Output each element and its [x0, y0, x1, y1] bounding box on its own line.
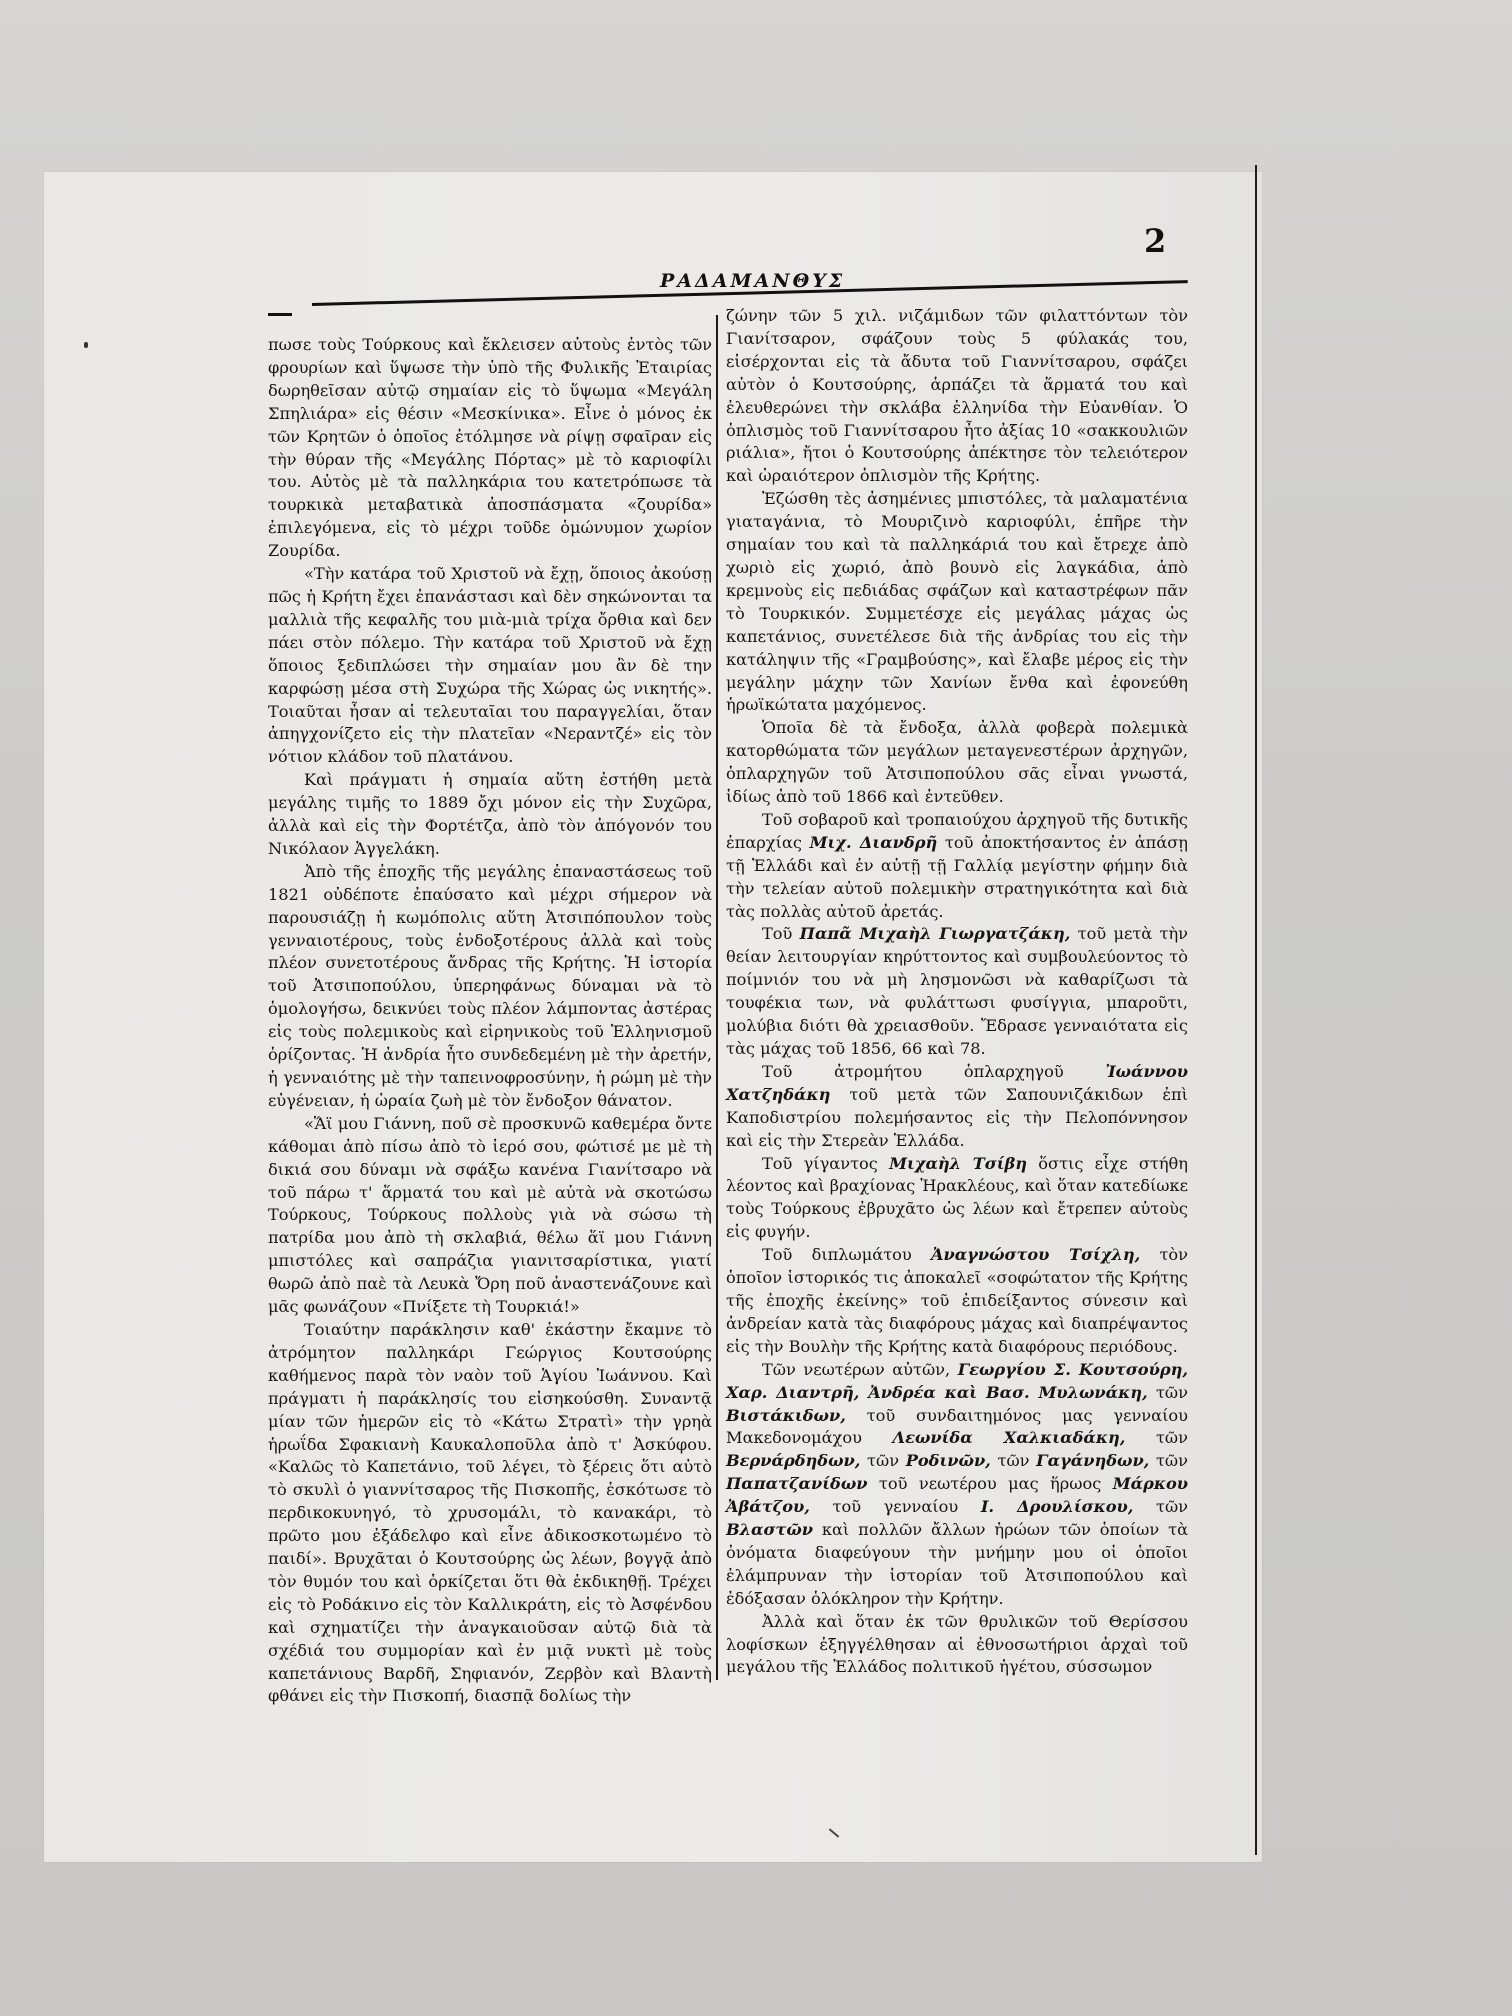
text-run: τοῦ νεωτέρου μας ἥρωος [868, 1474, 1113, 1493]
emphasized-name: Γαγάνηδων, [1036, 1451, 1149, 1470]
emphasized-name: Ἀναγνώστου Τσίχλη, [931, 1245, 1140, 1264]
text-run: τῶν [1148, 1383, 1188, 1402]
text-run: Τοῦ διπλωμάτου [762, 1245, 931, 1264]
paragraph: Ὁποῖα δὲ τὰ ἔνδοξα, ἀλλὰ φοβερὰ πολεμικὰ… [726, 717, 1188, 809]
left-column: πωσε τοὺς Τούρκους καὶ ἔκλεισεν αὐτοὺς ἐ… [268, 334, 712, 1708]
paragraph: Τοῦ διπλωμάτου Ἀναγνώστου Τσίχλη, τὸν ὁπ… [726, 1244, 1188, 1359]
paragraph: Τοιαύτην παράκλησιν καθ' ἑκάστην ἔκαμνε … [268, 1319, 712, 1708]
text-run: τοῦ γενναίου [810, 1497, 981, 1516]
ink-speck [84, 342, 88, 348]
emphasized-name: Μιχ. Διανδρῆ [810, 833, 938, 852]
text-run: Τοῦ γίγαντος [762, 1154, 889, 1173]
emphasized-name: Βερνάρδηδων, [726, 1451, 860, 1470]
emphasized-name: Ι. Δρουλίσκου, [981, 1497, 1134, 1516]
emphasized-name: Παπατζανίδων [726, 1474, 868, 1493]
header-rule-dash [268, 313, 292, 316]
text-run: τῶν [1133, 1497, 1188, 1516]
text-run: τῶν [1149, 1451, 1188, 1470]
page-edge-line [1255, 165, 1257, 1855]
page-number: 2 [1144, 222, 1166, 260]
emphasized-name: Ροδινῶν, [906, 1451, 991, 1470]
paragraph: Ἀλλὰ καὶ ὅταν ἐκ τῶν θρυλικῶν τοῦ Θερίσσ… [726, 1611, 1188, 1680]
paragraph: Τοῦ Παπᾶ Μιχαὴλ Γιωργατζάκη, τοῦ μετὰ τὴ… [726, 923, 1188, 1060]
paragraph: «Τὴν κατάρα τοῦ Χριστοῦ νὰ ἔχῃ, ὅποιος ἀ… [268, 563, 712, 769]
paragraph: Τοῦ ἀτρομήτου ὁπλαρχηγοῦ Ἰωάννου Χατζηδά… [726, 1061, 1188, 1153]
emphasized-name: Βιστάκιδων, [726, 1406, 846, 1425]
paragraph: Καὶ πράγματι ἡ σημαία αὕτη ἐστήθη μετὰ μ… [268, 769, 712, 861]
text-run: Τῶν νεωτέρων αὐτῶν, [762, 1360, 958, 1379]
right-column: ζώνην τῶν 5 χιλ. νιζάμιδων τῶν φιλαττόντ… [726, 305, 1188, 1679]
text-run: τοῦ μετὰ τὴν θείαν λειτουργίαν κηρύττοντ… [726, 924, 1188, 1058]
text-run: Ἀλλὰ καὶ ὅταν ἐκ τῶν θρυλικῶν τοῦ Θερίσσ… [726, 1612, 1188, 1677]
text-run: Ἐζώσθη τὲς ἀσημένιες μπιστόλες, τὰ μαλαμ… [726, 489, 1188, 714]
text-run: τῶν [991, 1451, 1036, 1470]
paragraph: Τοῦ σοβαροῦ καὶ τροπαιούχου ἀρχηγοῦ τῆς … [726, 809, 1188, 924]
text-run: τῶν [1125, 1428, 1188, 1447]
emphasized-name: Λεωνίδα Χαλκιαδάκη, [893, 1428, 1126, 1447]
paragraph: «Ἅϊ μου Γιάννη, ποῦ σὲ προσκυνῶ καθεμέρα… [268, 1113, 712, 1319]
paragraph: Ἐζώσθη τὲς ἀσημένιες μπιστόλες, τὰ μαλαμ… [726, 488, 1188, 717]
paragraph: Τῶν νεωτέρων αὐτῶν, Γεωργίου Σ. Κουτσούρ… [726, 1359, 1188, 1611]
emphasized-name: Μιχαὴλ Τσίβη [889, 1154, 1027, 1173]
text-run: Ὁποῖα δὲ τὰ ἔνδοξα, ἀλλὰ φοβερὰ πολεμικὰ… [726, 718, 1188, 806]
paragraph: Τοῦ γίγαντος Μιχαὴλ Τσίβη ὅστις εἶχε στή… [726, 1153, 1188, 1245]
paragraph: ζώνην τῶν 5 χιλ. νιζάμιδων τῶν φιλαττόντ… [726, 305, 1188, 488]
text-run: Τοῦ [762, 924, 800, 943]
column-divider [716, 315, 718, 1680]
emphasized-name: Παπᾶ Μιχαὴλ Γιωργατζάκη, [800, 924, 1071, 943]
text-run: τῶν [860, 1451, 905, 1470]
text-run: Τοῦ ἀτρομήτου ὁπλαρχηγοῦ [762, 1062, 1105, 1081]
paragraph: Ἀπὸ τῆς ἐποχῆς τῆς μεγάλης ἐπαναστάσεως … [268, 861, 712, 1113]
masthead-title: ΡΑΔΑΜΑΝΘΥΣ [660, 270, 845, 292]
emphasized-name: Βλαστῶν [726, 1520, 813, 1539]
paragraph: πωσε τοὺς Τούρκους καὶ ἔκλεισεν αὐτοὺς ἐ… [268, 334, 712, 563]
text-run: ζώνην τῶν 5 χιλ. νιζάμιδων τῶν φιλαττόντ… [726, 306, 1188, 485]
